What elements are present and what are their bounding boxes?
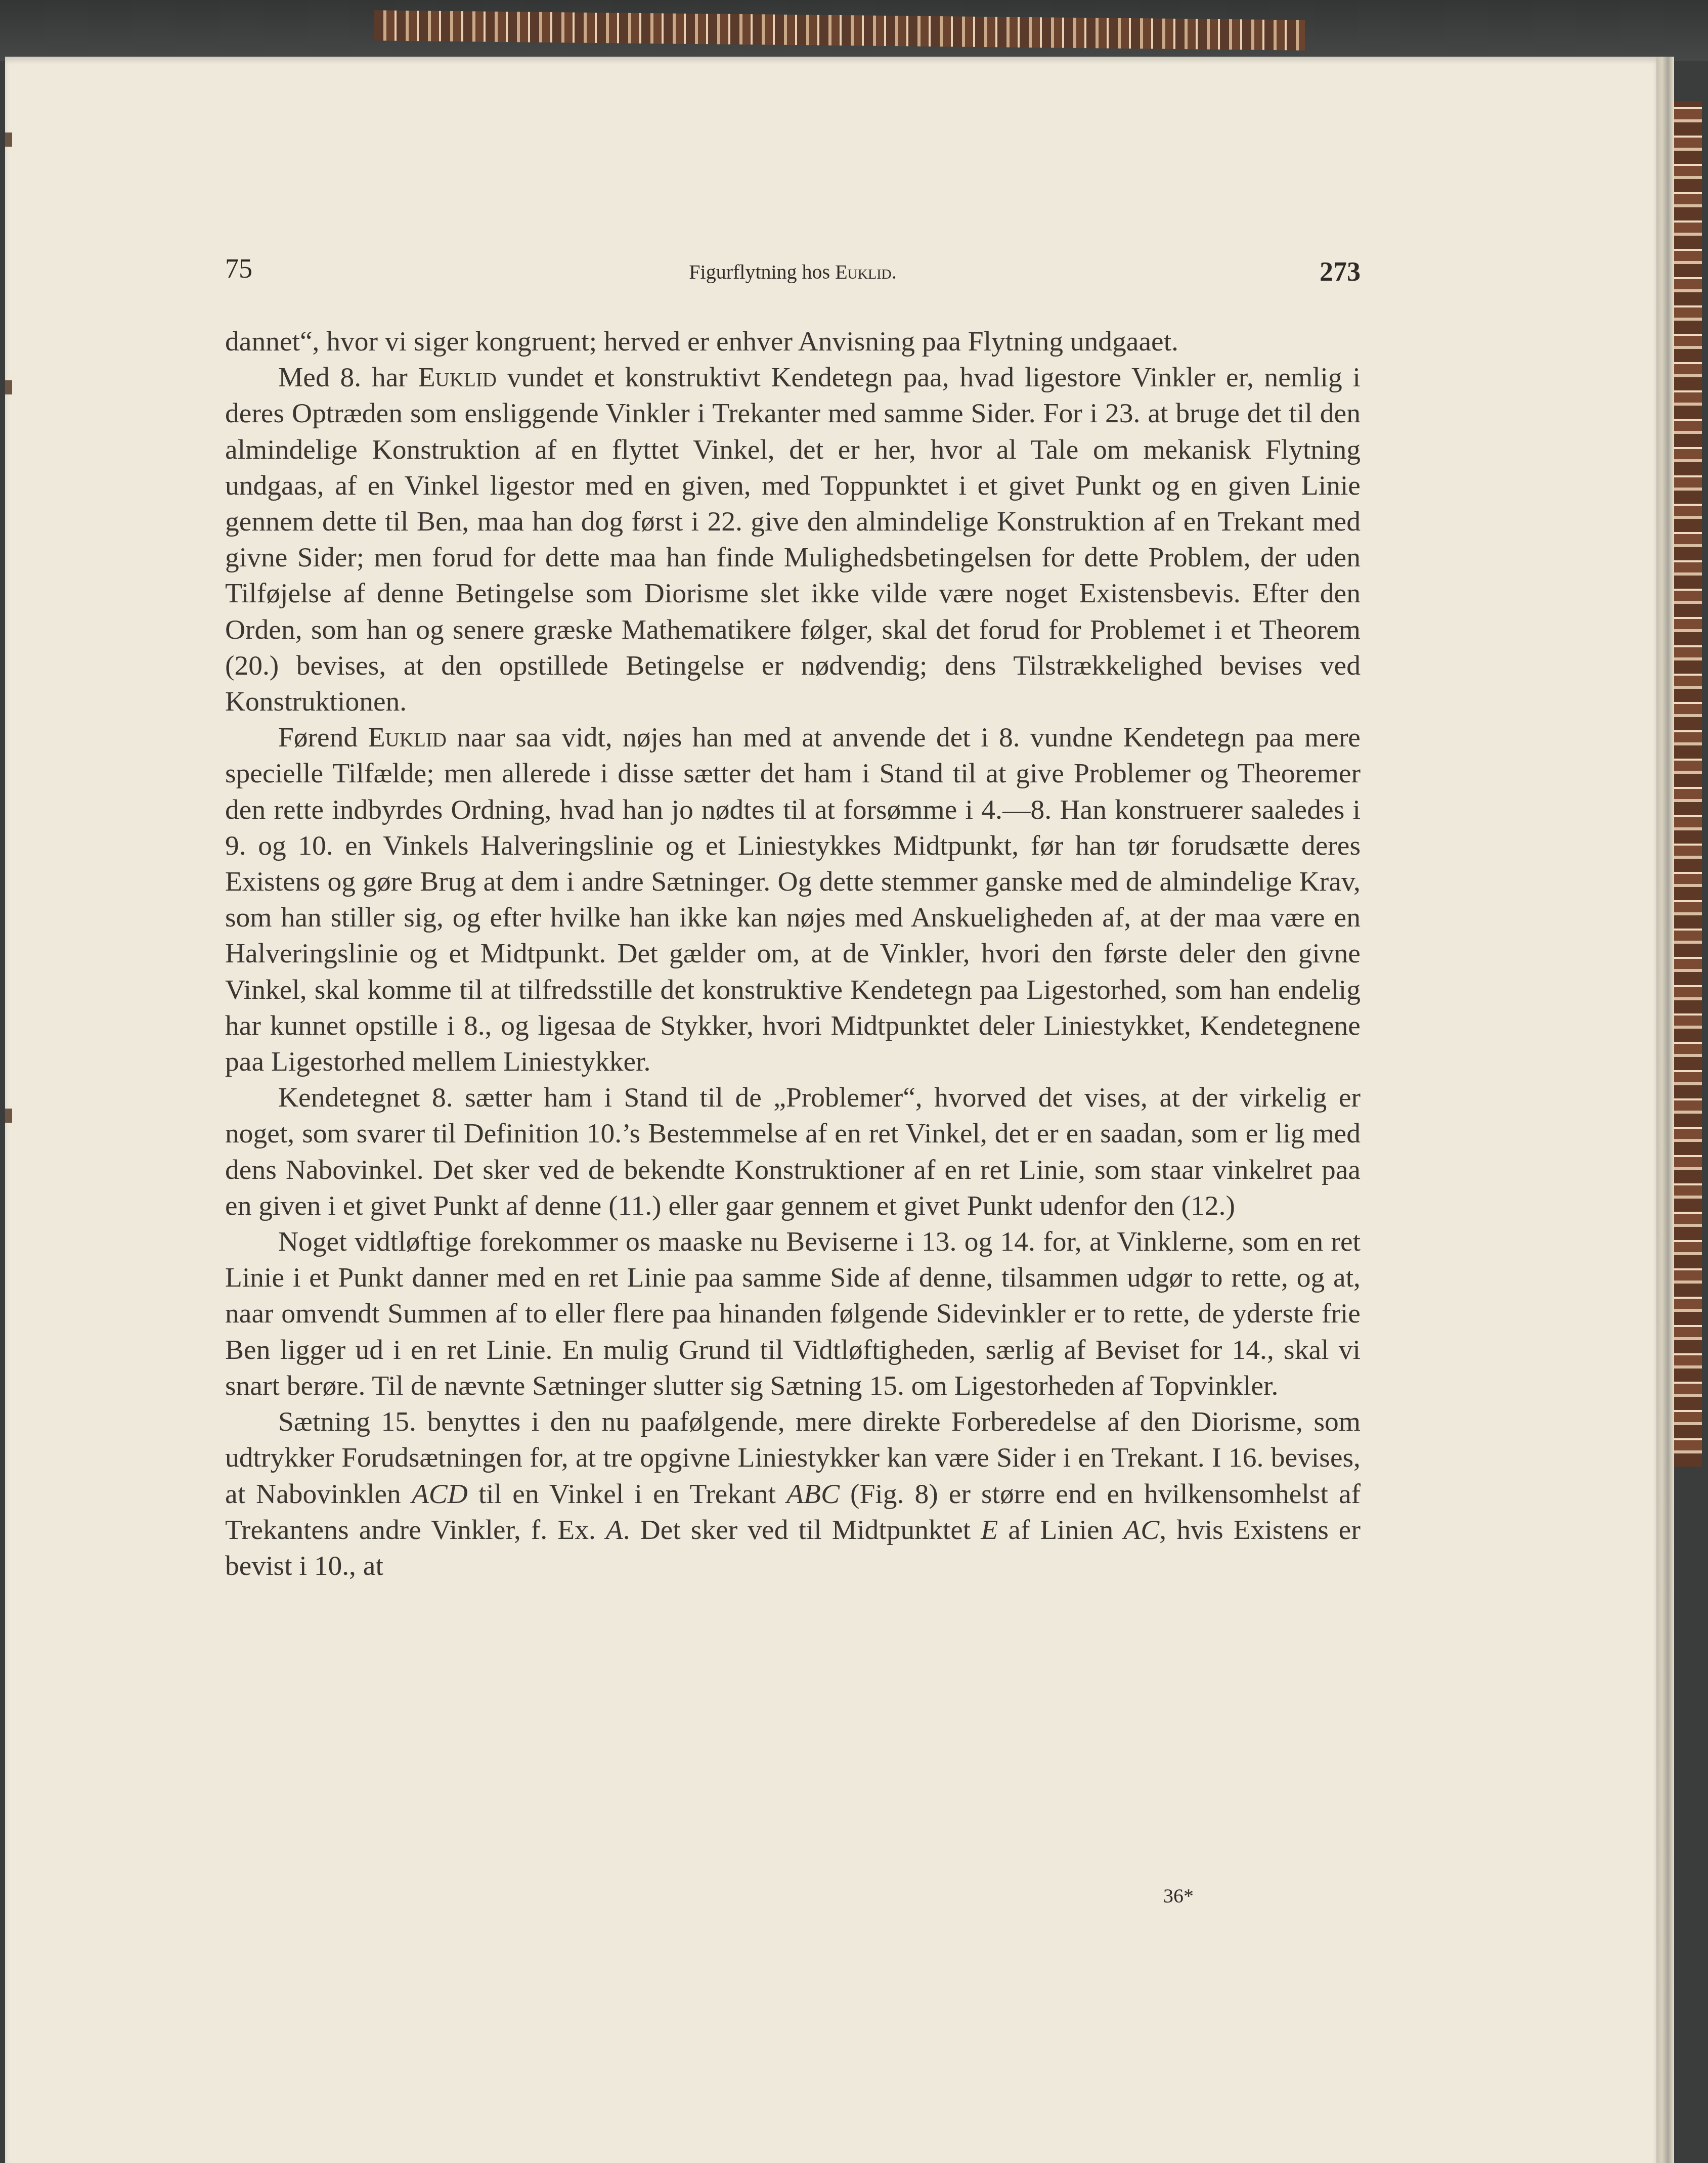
math-label: ABC [786, 1479, 840, 1510]
paragraph: dannet“, hvor vi siger kongruent; herved… [225, 324, 1361, 360]
math-label: AC [1123, 1515, 1159, 1546]
paragraph: Med 8. har Euklid vundet et konstruktivt… [225, 360, 1361, 720]
paragraph: Kendetegnet 8. sætter ham i Stand til de… [225, 1080, 1361, 1224]
body-text: dannet“, hvor vi siger kongruent; herved… [225, 324, 1361, 1584]
paragraph: Noget vidtløftige forekommer os maaske n… [225, 1224, 1361, 1404]
margin-mark [5, 133, 12, 147]
math-label: A [606, 1515, 623, 1546]
running-title: Figurflytning hos Euklid. [225, 260, 1361, 284]
signature-mark: 36* [1163, 1884, 1194, 1908]
paragraph: Sætning 15. benyttes i den nu paafølgend… [225, 1404, 1361, 1584]
page-number: 273 [1320, 256, 1361, 287]
author-name: Euklid [418, 362, 497, 393]
math-label: E [981, 1515, 998, 1546]
margin-mark [5, 380, 12, 394]
author-name: Euklid [368, 722, 447, 753]
margin-mark [5, 1109, 12, 1123]
paragraph: Førend Euklid naar saa vidt, nøjes han m… [225, 720, 1361, 1080]
running-head: 75 Figurflytning hos Euklid. 273 [225, 253, 1361, 293]
math-label: ACD [412, 1479, 468, 1510]
